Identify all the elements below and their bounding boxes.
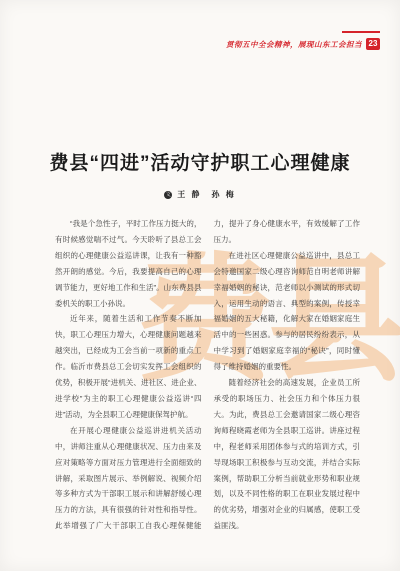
running-header: 贯彻五中全会精神，展现山东工会担当 23	[226, 38, 380, 50]
article-title: 费县“四进”活动守护职工心理健康	[0, 148, 400, 175]
article-body: “我是个急性子，平时工作压力挺大的，有时候感觉喘不过气。今天聆听了县总工会组织的…	[55, 216, 360, 538]
header-rule	[342, 31, 380, 33]
byline: 文 王 静 孙 梅	[0, 189, 400, 200]
author-icon: 文	[164, 191, 172, 199]
paragraph: 近年来，随着生活和工作节奏不断加快，职工心理压力增大，心理健康问题越来越突出，已…	[55, 311, 202, 422]
paragraph: 随着经济社会的高速发展，企业员工所承受的职场压力、社会压力和个体压力很大。为此，…	[214, 375, 361, 534]
paragraph: 在进社区心理健康公益巡讲中，县总工会特邀国家二级心理咨询师范自明老师讲解幸福婚姻…	[214, 248, 361, 375]
header-slogan: 贯彻五中全会精神，展现山东工会担当	[226, 39, 362, 50]
author-names: 王 静 孙 梅	[177, 189, 235, 200]
magazine-page: 贯彻五中全会精神，展现山东工会担当 23 费县“四进”活动守护职工心理健康 文 …	[0, 0, 400, 571]
page-number-badge: 23	[366, 38, 380, 50]
paragraph: “我是个急性子，平时工作压力挺大的，有时候感觉喘不过气。今天聆听了县总工会组织的…	[55, 216, 202, 311]
